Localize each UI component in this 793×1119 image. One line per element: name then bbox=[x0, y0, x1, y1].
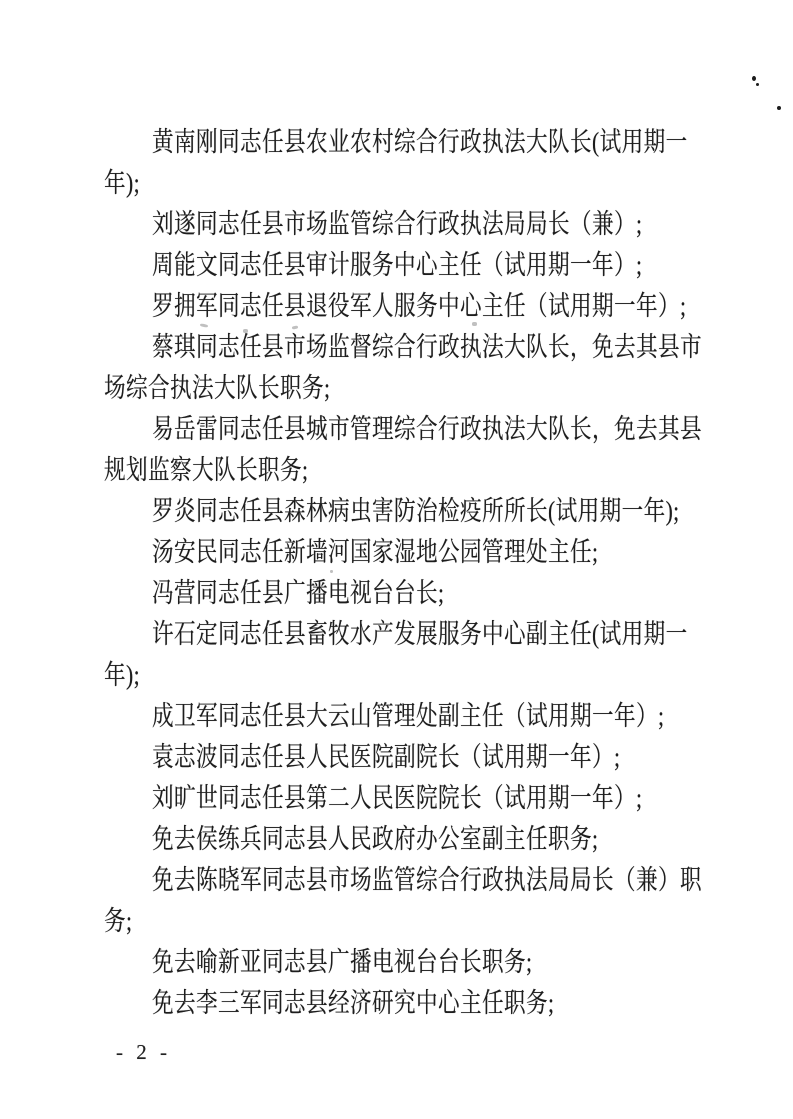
document-line: 刘旷世同志任县第二人民医院院长（试用期一年）; bbox=[104, 778, 632, 819]
document-body: 黄南刚同志任县农业农村综合行政执法大队长(试用期一年);刘遂同志任县市场监管综合… bbox=[104, 122, 764, 1024]
document-line: 易岳雷同志任县城市管理综合行政执法大队长，免去其县 bbox=[104, 409, 632, 450]
document-line: 冯营同志任县广播电视台台长; bbox=[104, 573, 632, 614]
document-line: 免去李三军同志县经济研究中心主任职务; bbox=[104, 983, 632, 1024]
document-line: 蔡琪同志任县市场监督综合行政执法大队长，免去其县市 bbox=[104, 327, 632, 368]
document-line: 周能文同志任县审计服务中心主任（试用期一年）; bbox=[104, 245, 632, 286]
document-line: 黄南刚同志任县农业农村综合行政执法大队长(试用期一 bbox=[104, 122, 632, 163]
document-line: 汤安民同志任新墙河国家湿地公园管理处主任; bbox=[104, 532, 632, 573]
scan-smudge bbox=[472, 322, 477, 326]
document-line: 许石定同志任县畜牧水产发展服务中心副主任(试用期一 bbox=[104, 614, 632, 655]
document-line: 罗炎同志任县森林病虫害防治检疫所所长(试用期一年); bbox=[104, 491, 632, 532]
document-line: 免去陈晓军同志县市场监管综合行政执法局局长（兼）职 bbox=[104, 860, 632, 901]
scan-smudge bbox=[330, 570, 333, 573]
scan-speck bbox=[752, 76, 756, 81]
document-line: 袁志波同志任县人民医院副院长（试用期一年）; bbox=[104, 737, 632, 778]
document-line: 免去侯练兵同志县人民政府办公室副主任职务; bbox=[104, 819, 632, 860]
document-line: 务; bbox=[104, 901, 632, 942]
document-line: 成卫军同志任县大云山管理处副主任（试用期一年）; bbox=[104, 696, 632, 737]
document-line: 免去喻新亚同志县广播电视台台长职务; bbox=[104, 942, 632, 983]
document-line: 罗拥军同志任县退役军人服务中心主任（试用期一年）; bbox=[104, 286, 632, 327]
document-line: 刘遂同志任县市场监管综合行政执法局局长（兼）; bbox=[104, 204, 632, 245]
page-number: - 2 - bbox=[116, 1040, 171, 1065]
scan-speck bbox=[777, 106, 781, 110]
scan-speck bbox=[756, 83, 759, 86]
document-line: 年); bbox=[104, 163, 632, 204]
scan-smudge bbox=[243, 329, 248, 333]
document-line: 规划监察大队长职务; bbox=[104, 450, 632, 491]
scanned-document-page: 黄南刚同志任县农业农村综合行政执法大队长(试用期一年);刘遂同志任县市场监管综合… bbox=[0, 0, 793, 1119]
document-line: 年); bbox=[104, 655, 632, 696]
document-line: 场综合执法大队长职务; bbox=[104, 368, 632, 409]
